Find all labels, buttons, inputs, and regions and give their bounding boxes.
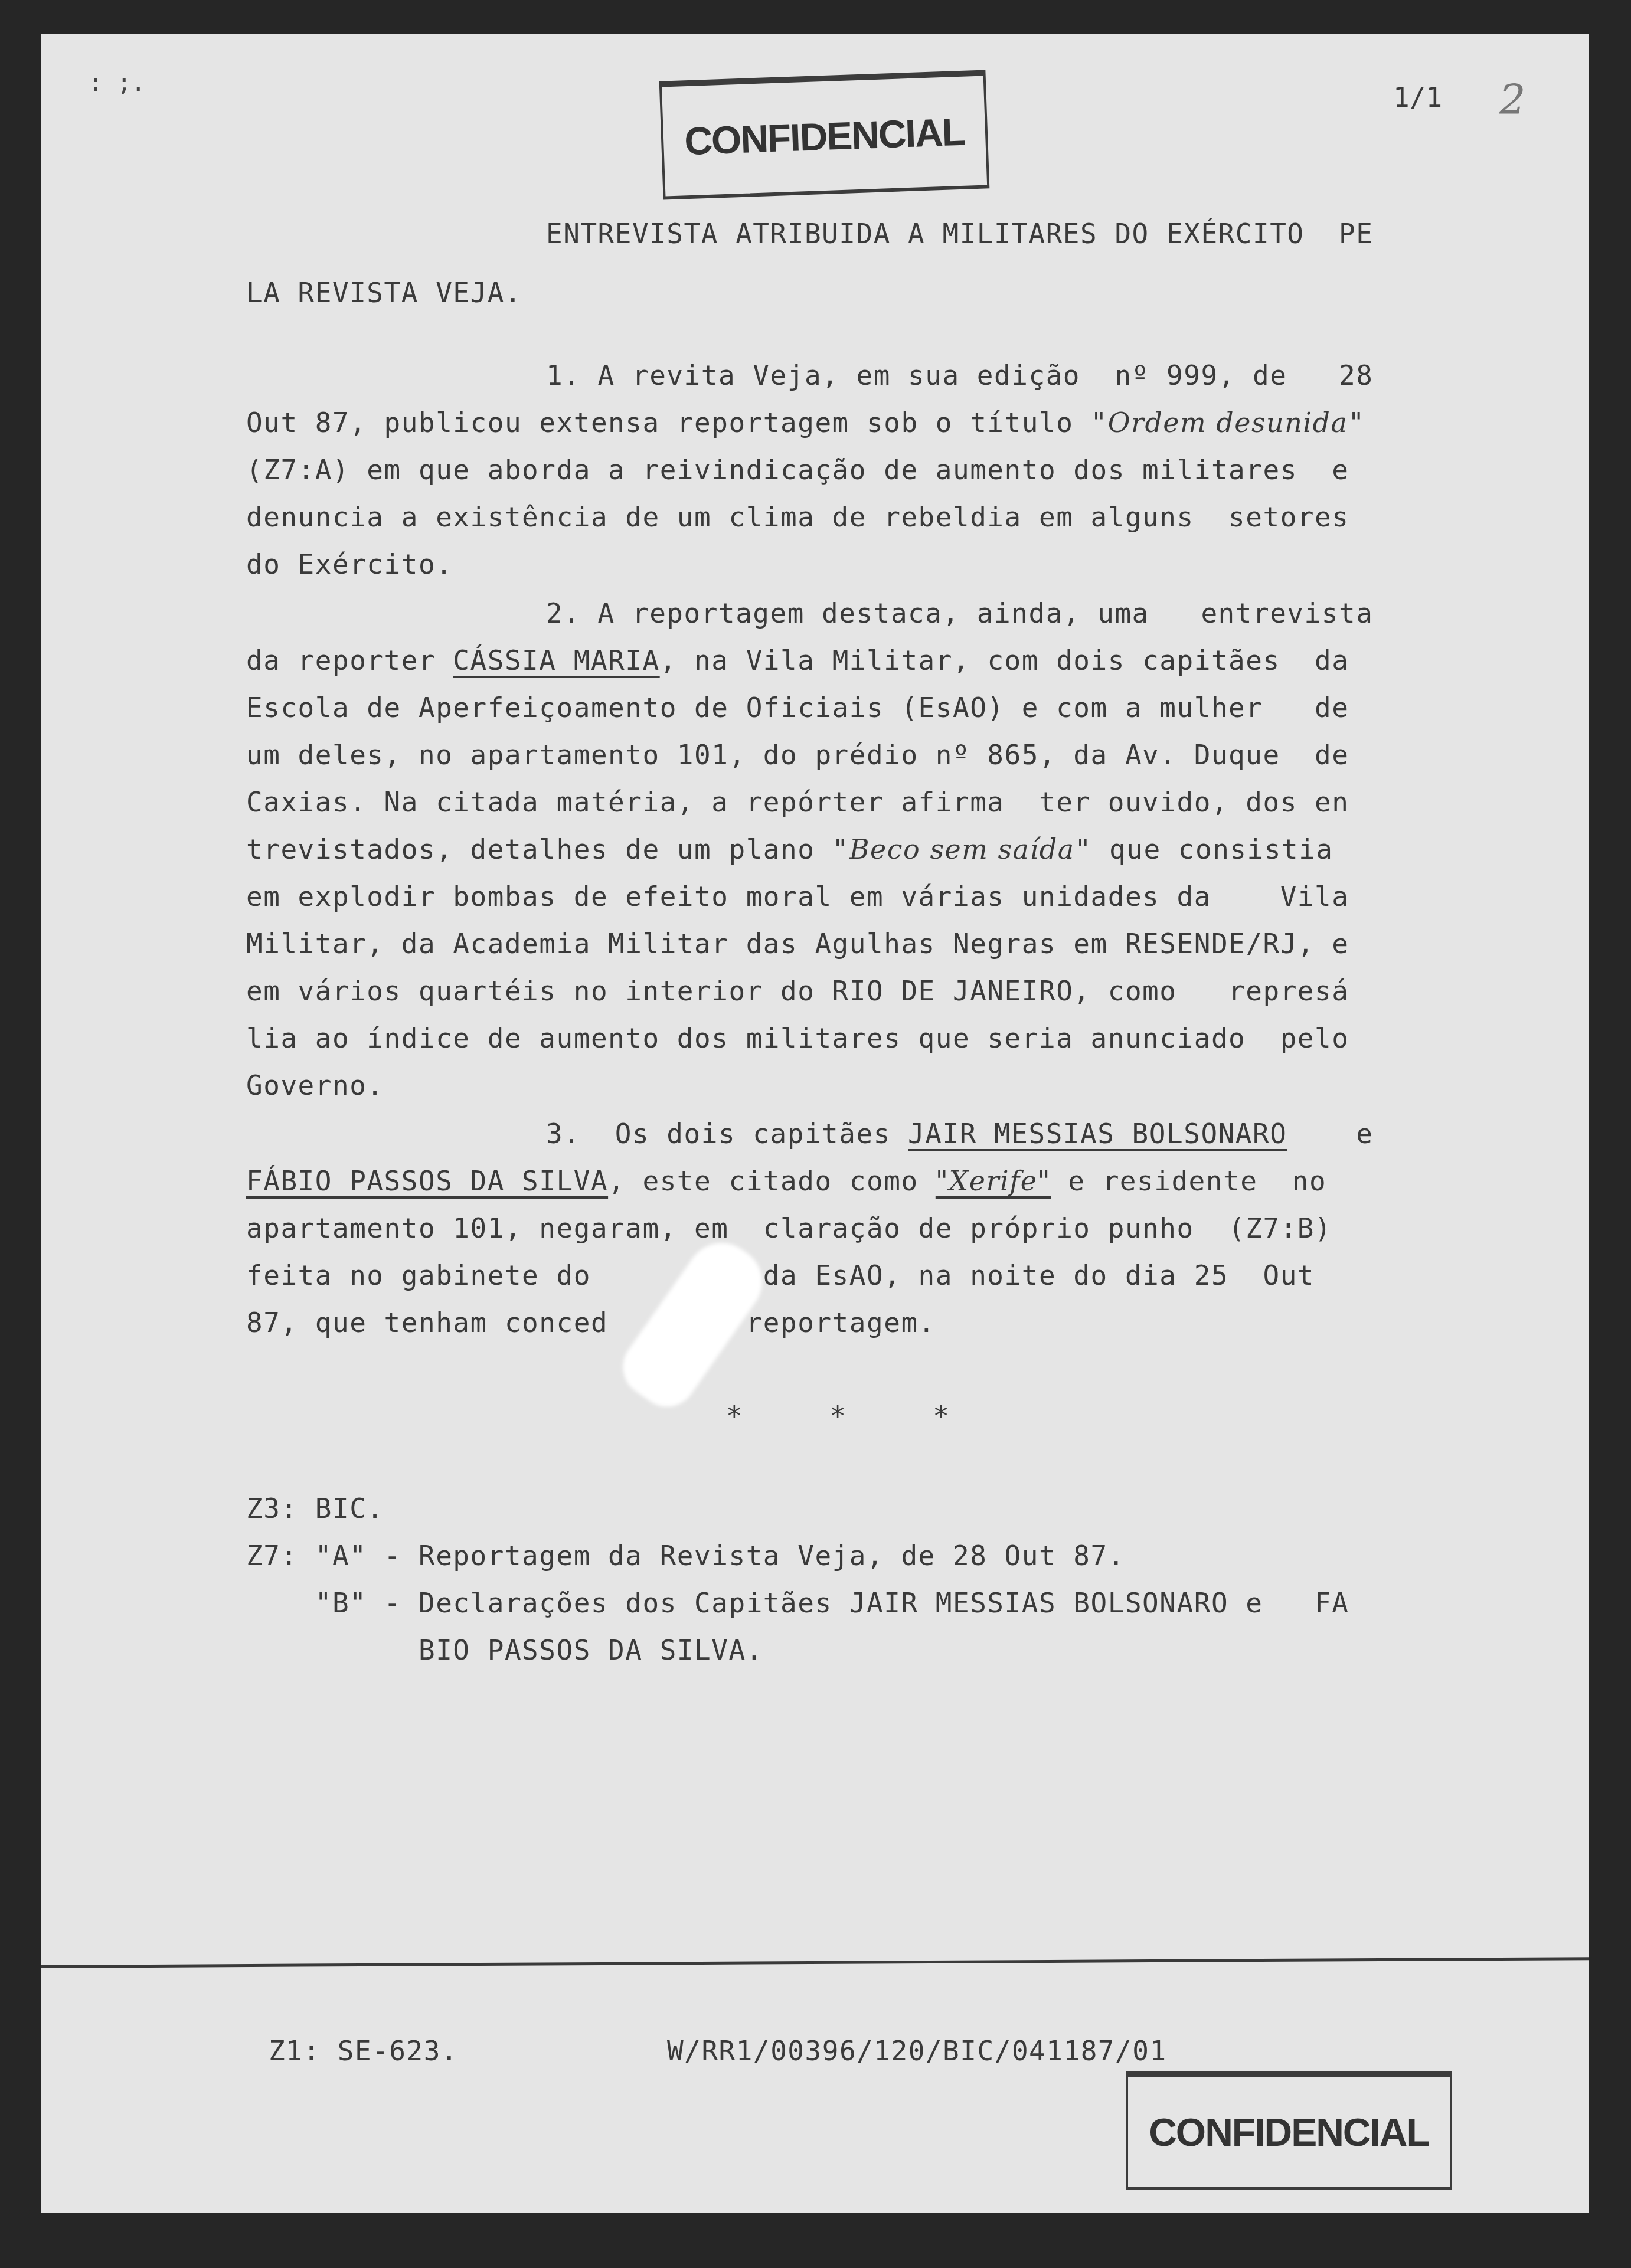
nickname: "Xerife"	[936, 1165, 1051, 1197]
p3-line-2: FÁBIO PASSOS DA SILVA, este citado como …	[246, 1167, 1326, 1194]
p3-line-5: 87, que tenham conced tal reportagem.	[246, 1309, 936, 1336]
p2-line-10: lia ao índice de aumento dos militares q…	[246, 1025, 1349, 1052]
p2-text: , na Vila Militar, com dois capitães da	[660, 644, 1349, 676]
annex-z7-b-line2: BIO PASSOS DA SILVA.	[246, 1637, 763, 1664]
p3-line-3: apartamento 101, negaram, em claração de…	[246, 1215, 1332, 1242]
footer-divider	[41, 1957, 1589, 1968]
title-line-1: ENTREVISTA ATRIBUIDA A MILITARES DO EXÉR…	[546, 220, 1373, 247]
footer-reference: W/RR1/00396/120/BIC/041187/01	[667, 2035, 1167, 2067]
handwritten-mark: 2	[1499, 76, 1526, 124]
p1-line-5: do Exército.	[246, 551, 453, 578]
separator-asterisks: * * *	[726, 1402, 950, 1429]
p1-line-4: denuncia a existência de um clima de reb…	[246, 503, 1349, 531]
confidential-stamp-bottom: CONFIDENCIAL	[1126, 2071, 1452, 2190]
p3-text: 3. Os dois capitães	[546, 1118, 908, 1150]
footer-z1: Z1: SE-623.	[269, 2035, 458, 2067]
p1-text: Out 87, publicou extensa reportagem sob …	[246, 407, 1108, 438]
p3-text: e residente no	[1051, 1165, 1326, 1197]
p3-text: e	[1287, 1118, 1373, 1150]
p2-text: " que consistia	[1075, 833, 1333, 865]
p3-line-4: feita no gabinete do da EsAO, na noite d…	[246, 1262, 1315, 1289]
confidential-stamp-top: CONFIDENCIAL	[659, 70, 990, 199]
p2-text: da reporter	[246, 644, 453, 676]
p2-line-9: em vários quartéis no interior do RIO DE…	[246, 977, 1349, 1004]
stamp-label: CONFIDENCIAL	[1149, 2110, 1429, 2155]
p2-line-4: um deles, no apartamento 101, do prédio …	[246, 741, 1349, 768]
p3-text: , este citado como	[608, 1165, 936, 1197]
title-line-2: LA REVISTA VEJA.	[246, 279, 522, 306]
reporter-name: CÁSSIA MARIA	[453, 644, 659, 676]
quote-close: "	[1348, 407, 1365, 438]
captain-name-2: FÁBIO PASSOS DA SILVA	[246, 1165, 608, 1197]
p2-text: trevistados, detalhes de um plano "	[246, 833, 849, 865]
p1-line-1: 1. A revita Veja, em sua edição nº 999, …	[546, 362, 1373, 389]
margin-marks: : ;.	[89, 70, 145, 97]
p1-line-3: (Z7:A) em que aborda a reivindicação de …	[246, 456, 1349, 483]
annex-z7-a: Z7: "A" - Reportagem da Revista Veja, de…	[246, 1542, 1125, 1569]
p2-line-7: em explodir bombas de efeito moral em vá…	[246, 883, 1349, 910]
stamp-label: CONFIDENCIAL	[684, 109, 965, 163]
p2-line-5: Caxias. Na citada matéria, a repórter af…	[246, 788, 1349, 816]
article-title: Ordem desunida	[1108, 407, 1348, 438]
annex-z7-b-line1: "B" - Declarações dos Capitães JAIR MESS…	[246, 1589, 1349, 1616]
p2-line-2: da reporter CÁSSIA MARIA, na Vila Milita…	[246, 647, 1349, 674]
p2-line-6: trevistados, detalhes de um plano "Beco …	[246, 836, 1333, 863]
plan-name: Beco sem saída	[849, 833, 1075, 865]
p2-line-11: Governo.	[246, 1072, 384, 1099]
p2-line-8: Militar, da Academia Militar das Agulhas…	[246, 930, 1349, 957]
annex-z3: Z3: BIC.	[246, 1495, 384, 1522]
p1-line-2: Out 87, publicou extensa reportagem sob …	[246, 409, 1365, 436]
p3-line-1: 3. Os dois capitães JAIR MESSIAS BOLSONA…	[546, 1120, 1373, 1147]
captain-name-1: JAIR MESSIAS BOLSONARO	[908, 1118, 1287, 1150]
p2-line-3: Escola de Aperfeiçoamento de Oficiais (E…	[246, 694, 1349, 721]
p2-line-1: 2. A reportagem destaca, ainda, uma entr…	[546, 600, 1373, 627]
page-number: 1/1	[1393, 81, 1442, 113]
document-page: : ;. CONFIDENCIAL 1/1 2 ENTREVISTA ATRIB…	[41, 34, 1589, 2213]
